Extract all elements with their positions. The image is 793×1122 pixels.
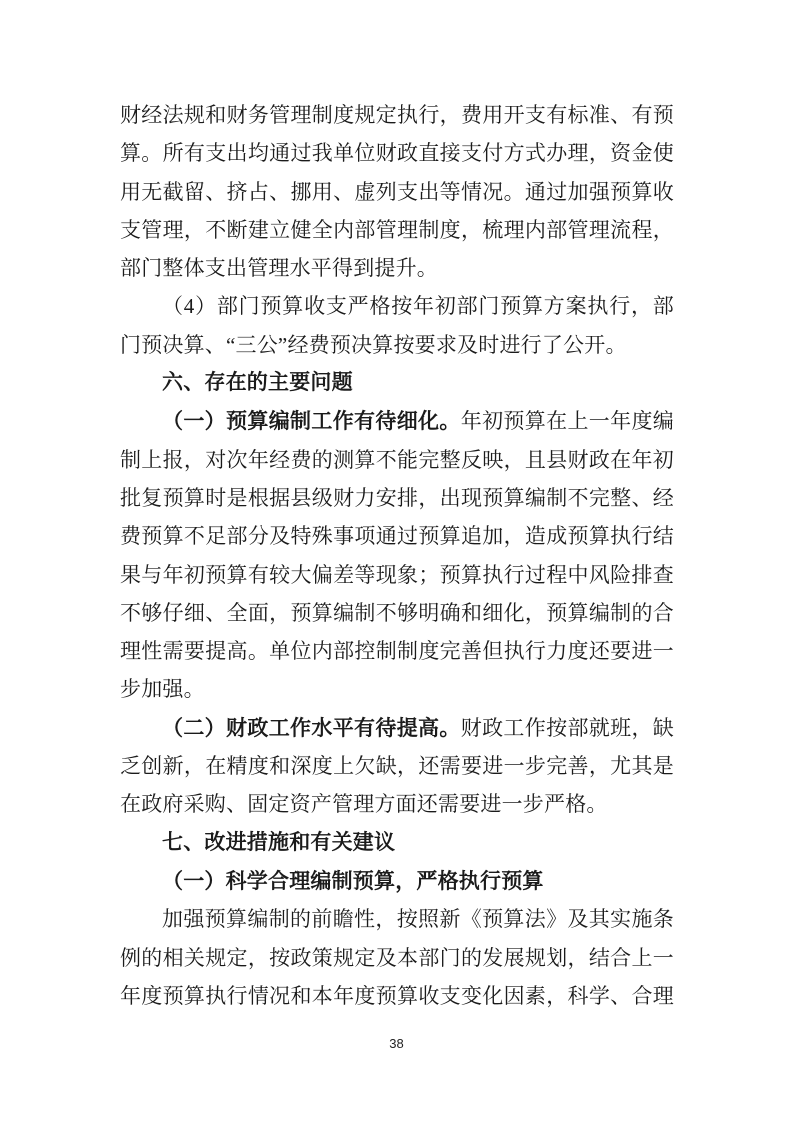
section-heading-six-problems: 六、存在的主要问题 [120, 364, 674, 402]
page-number: 38 [0, 1036, 793, 1051]
paragraph-problem-1-lead: （一）预算编制工作有待细化。 [162, 409, 461, 433]
document-page: 财经法规和财务管理制度规定执行，费用开支有标准、有预算。所有支出均通过我单位财政… [0, 0, 793, 1122]
paragraph-problem-2: （二）财政工作水平有待提高。财政工作按部就班，缺乏创新，在精度和深度上欠缺，还需… [120, 709, 674, 824]
paragraph-continued-from-previous-page: 财经法规和财务管理制度规定执行，费用开支有标准、有预算。所有支出均通过我单位财政… [120, 96, 674, 287]
paragraph-item-4: （4）部门预算收支严格按年初部门预算方案执行，部门预决算、“三公”经费预决算按要… [120, 287, 674, 364]
section-heading-seven-measures: 七、改进措施和有关建议 [120, 824, 674, 862]
subsection-heading-budget-preparation: （一）科学合理编制预算，严格执行预算 [120, 862, 674, 900]
paragraph-problem-2-lead: （二）财政工作水平有待提高。 [162, 716, 461, 740]
paragraph-measures-continues-next-page: 加强预算编制的前瞻性，按照新《预算法》及其实施条例的相关规定，按政策规定及本部门… [120, 900, 674, 1015]
paragraph-problem-1: （一）预算编制工作有待细化。年初预算在上一年度编制上报，对次年经费的测算不能完整… [120, 402, 674, 708]
page-body: 财经法规和财务管理制度规定执行，费用开支有标准、有预算。所有支出均通过我单位财政… [120, 96, 674, 1015]
paragraph-problem-1-text: 年初预算在上一年度编制上报，对次年经费的测算不能完整反映，且县财政在年初批复预算… [120, 409, 674, 701]
